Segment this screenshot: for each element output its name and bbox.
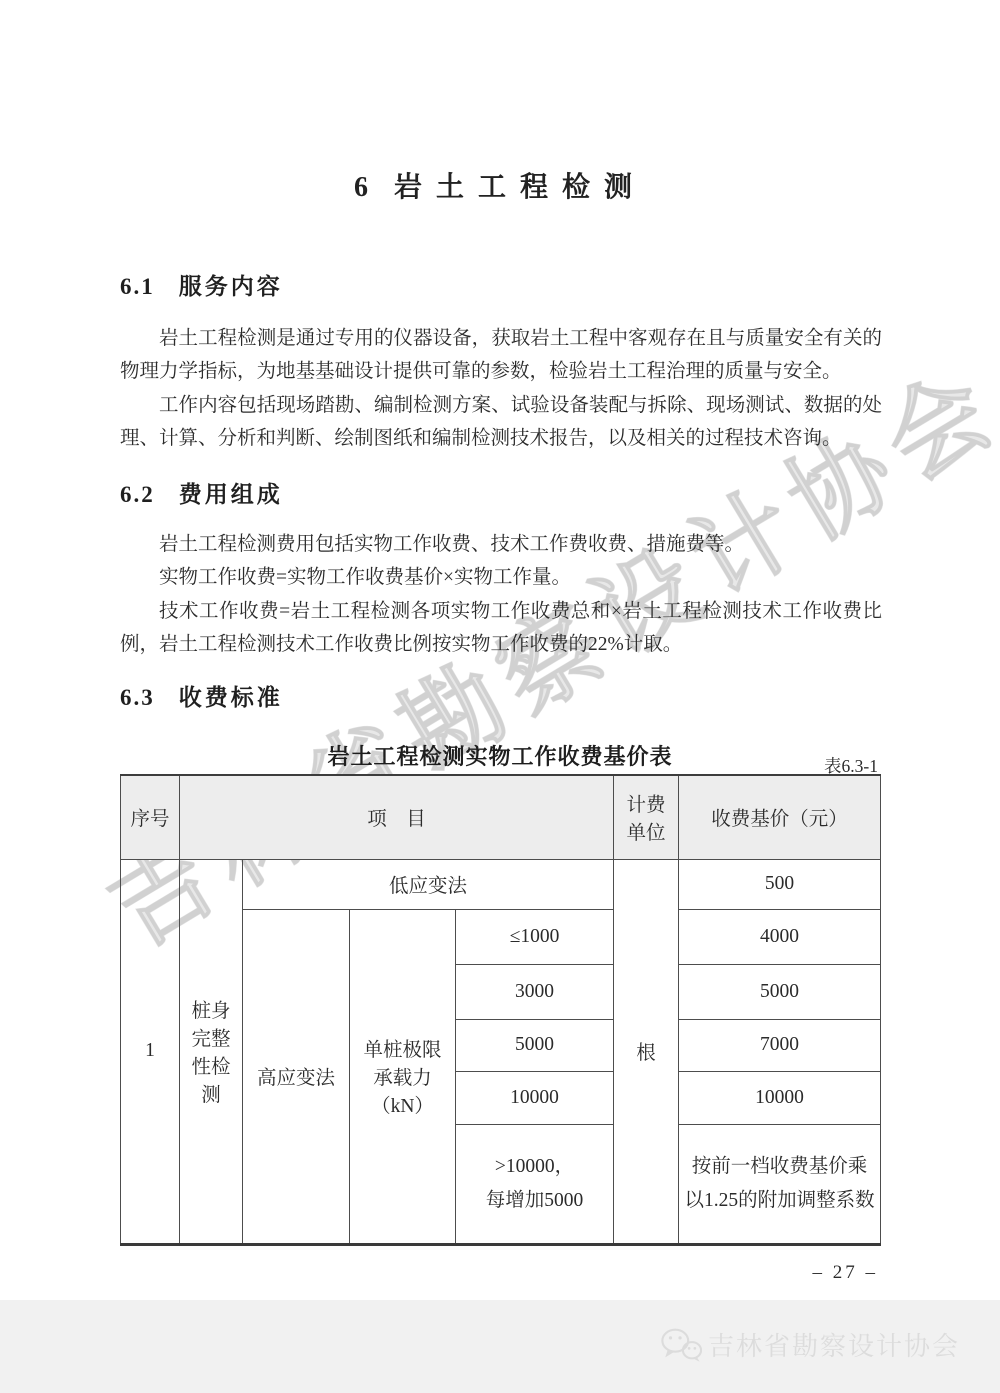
paragraph: 工作内容包括现场踏勘、编制检测方案、试验设备装配与拆除、现场测试、数据的处理、计…: [120, 389, 882, 456]
chapter-title-text: 岩土工程检测: [394, 172, 646, 203]
paragraph: 岩土工程检测是通过专用的仪器设备，获取岩土工程中客观存在且与质量安全有关的物理力…: [120, 322, 882, 389]
paragraph: 实物工作收费=实物工作收费基价×实物工作量。: [120, 561, 882, 594]
document-page: 6岩土工程检测 6.1服务内容 岩土工程检测是通过专用的仪器设备，获取岩土工程中…: [0, 0, 1000, 1393]
cell-range: 5000: [456, 1019, 614, 1071]
section-number: 6.1: [120, 274, 155, 299]
section-heading-6-1: 6.1服务内容: [120, 268, 283, 301]
cell-method-low-strain: 低应变法: [243, 859, 614, 909]
cell-range: 3000: [456, 964, 614, 1019]
cell-param-label: 单桩极限 承载力 （kN）: [350, 909, 456, 1244]
cell-price: 500: [679, 859, 881, 909]
chapter-number: 6: [354, 172, 368, 203]
header-price: 收费基价（元）: [679, 775, 881, 859]
section-number: 6.2: [120, 482, 155, 507]
cell-seq: 1: [121, 859, 180, 1244]
chapter-title: 6岩土工程检测: [0, 165, 1000, 205]
cell-price: 5000: [679, 964, 881, 1019]
section-title: 费用组成: [179, 482, 283, 507]
page-number: – 27 –: [813, 1262, 879, 1284]
cell-price: 10000: [679, 1071, 881, 1124]
cell-range: >10000， 每增加5000: [456, 1124, 614, 1244]
wechat-icon: [660, 1327, 702, 1363]
section-title: 服务内容: [179, 274, 283, 299]
table-header-row: 序号 项 目 计费 单位 收费基价（元）: [121, 775, 881, 859]
cell-category: 桩身 完整 性检 测: [180, 859, 243, 1244]
section-body-6-1: 岩土工程检测是通过专用的仪器设备，获取岩土工程中客观存在且与质量安全有关的物理力…: [120, 322, 882, 456]
footer-bar: 吉林省勘察设计协会: [0, 1300, 1000, 1393]
paragraph: 岩土工程检测费用包括实物工作收费、技术工作费收费、措施费等。: [120, 528, 882, 561]
cell-unit: 根: [614, 859, 679, 1244]
cell-price: 4000: [679, 909, 881, 964]
section-body-6-2: 岩土工程检测费用包括实物工作收费、技术工作费收费、措施费等。 实物工作收费=实物…: [120, 528, 882, 662]
fee-base-price-table: 序号 项 目 计费 单位 收费基价（元） 1 桩身 完整 性检 测 低应变法 根…: [120, 774, 881, 1246]
header-unit: 计费 单位: [614, 775, 679, 859]
section-title: 收费标准: [179, 685, 283, 710]
paragraph: 技术工作收费=岩土工程检测各项实物工作收费总和×岩土工程检测技术工作收费比例，岩…: [120, 595, 882, 662]
cell-method-high-strain: 高应变法: [243, 909, 350, 1244]
cell-range: 10000: [456, 1071, 614, 1124]
cell-price: 按前一档收费基价乘 以1.25的附加调整系数: [679, 1124, 881, 1244]
cell-price: 7000: [679, 1019, 881, 1071]
cell-range: ≤1000: [456, 909, 614, 964]
header-item: 项 目: [180, 775, 614, 859]
header-seq: 序号: [121, 775, 180, 859]
section-heading-6-2: 6.2费用组成: [120, 476, 283, 509]
section-heading-6-3: 6.3收费标准: [120, 679, 283, 712]
table-row: 1 桩身 完整 性检 测 低应变法 根 500: [121, 859, 881, 909]
section-number: 6.3: [120, 685, 155, 710]
footer-brand-text: 吉林省勘察设计协会: [708, 1326, 960, 1363]
footer-brand: 吉林省勘察设计协会: [660, 1326, 960, 1363]
